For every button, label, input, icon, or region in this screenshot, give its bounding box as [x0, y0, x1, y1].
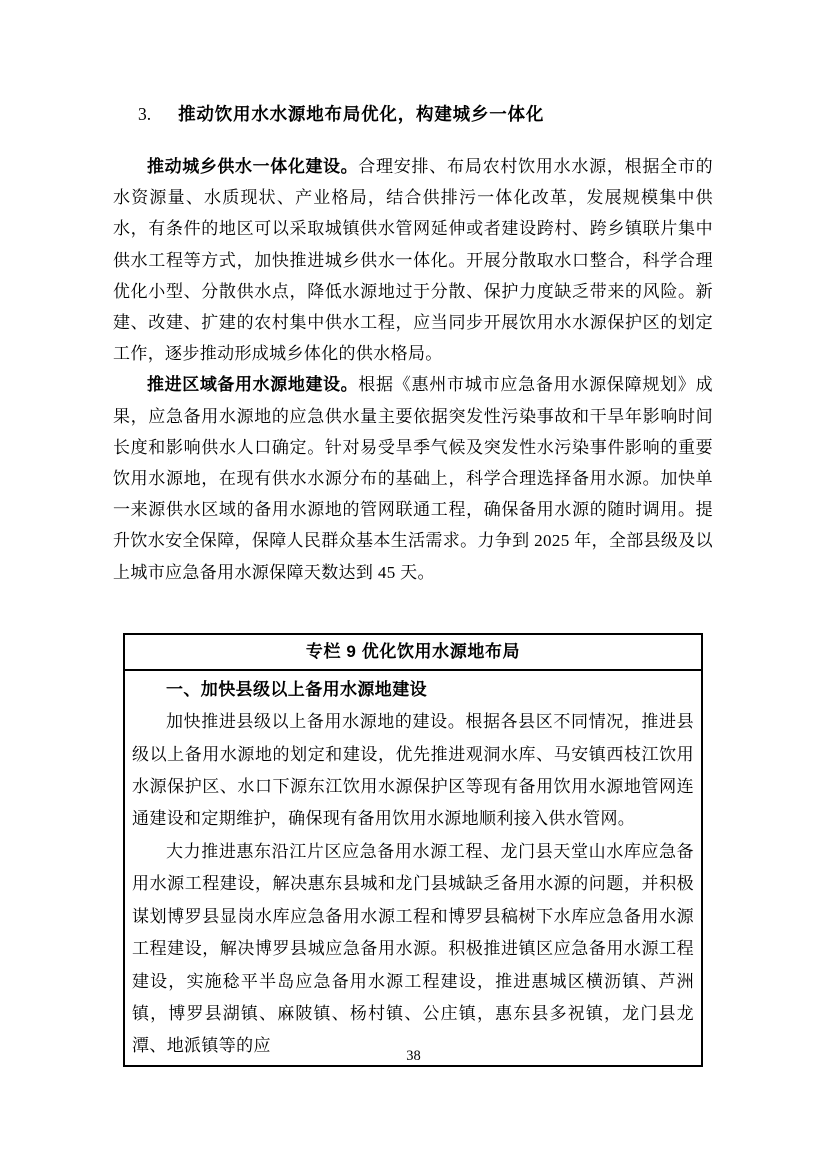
page-number: 38 [0, 1048, 827, 1065]
document-content: 3.推动饮用水水源地布局优化，构建城乡一体化 推动城乡供水一体化建设。合理安排、… [113, 0, 713, 1067]
callout-box: 专栏 9 优化饮用水源地布局 一、加快县级以上备用水源地建设 加快推进县级以上备… [123, 633, 703, 1067]
paragraph-lead: 推动城乡供水一体化建设。 [147, 157, 358, 176]
callout-box-title: 专栏 9 优化饮用水源地布局 [125, 635, 701, 671]
paragraph-text: 合理安排、布局农村饮用水水源，根据全市的水资源量、水质现状、产业格局，结合供排污… [113, 157, 713, 363]
paragraph-urban-rural-supply: 推动城乡供水一体化建设。合理安排、布局农村饮用水水源，根据全市的水资源量、水质现… [113, 151, 713, 369]
section-heading: 3.推动饮用水水源地布局优化，构建城乡一体化 [113, 0, 713, 129]
heading-title: 推动饮用水水源地布局优化，构建城乡一体化 [178, 101, 544, 127]
document-page: 3.推动饮用水水源地布局优化，构建城乡一体化 推动城乡供水一体化建设。合理安排、… [0, 0, 827, 1170]
callout-paragraph: 加快推进县级以上备用水源地的建设。根据各县区不同情况，推进县级以上备用水源地的划… [132, 706, 694, 836]
callout-paragraph: 大力推进惠东沿江片区应急备用水源工程、龙门县天堂山水库应急备用水源工程建设，解决… [132, 836, 694, 1063]
paragraph-text: 根据《惠州市城市应急备用水源保障规划》成果，应急备用水源地的应急供水量主要依据突… [113, 375, 713, 581]
heading-number: 3. [138, 101, 151, 127]
callout-box-body: 一、加快县级以上备用水源地建设 加快推进县级以上备用水源地的建设。根据各县区不同… [125, 671, 701, 1065]
paragraph-backup-water-source: 推进区域备用水源地建设。根据《惠州市城市应急备用水源保障规划》成果，应急备用水源… [113, 369, 713, 587]
paragraph-lead: 推进区域备用水源地建设。 [147, 375, 358, 394]
callout-section-heading: 一、加快县级以上备用水源地建设 [132, 674, 694, 706]
